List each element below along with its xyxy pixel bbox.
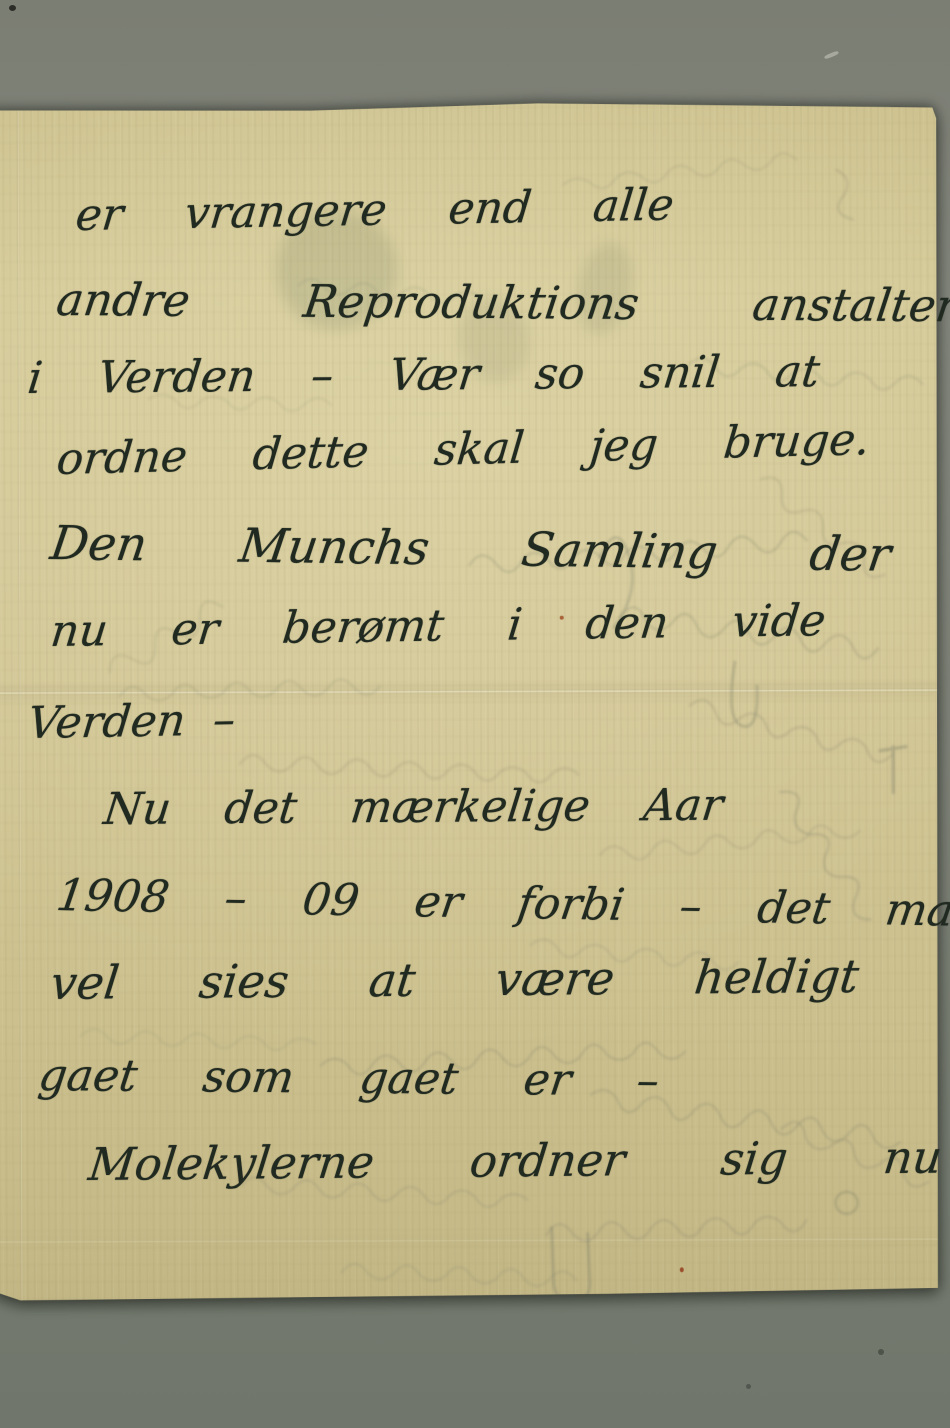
handwritten-line-7: Verden – <box>25 694 238 749</box>
fold-crease-vertical-left <box>17 104 23 1300</box>
fold-crease-horizontal <box>0 689 938 695</box>
paper-speck <box>878 1349 884 1355</box>
handwritten-line-8: Nu det mærkelige Aar <box>101 780 726 835</box>
rust-speck <box>680 1267 684 1272</box>
paper-speck <box>824 50 839 59</box>
handwritten-line-3: i Verden – Vær so snil at <box>25 346 822 404</box>
handwritten-line-1: er vrangere end alle <box>73 180 676 242</box>
handwritten-line-5: Den Munchs Samling der <box>47 516 894 583</box>
paper-speck <box>9 5 16 11</box>
handwritten-line-12: Molekylerne ordner sig nu <box>86 1131 945 1191</box>
handwritten-line-11: gaet som gaet er – <box>36 1050 663 1106</box>
fold-crease-horizontal-faint <box>0 1238 940 1244</box>
paper-speck <box>746 1384 751 1389</box>
scanned-letter-photo: er vrangere end alle andre Reproduktions… <box>0 0 950 1428</box>
handwritten-line-10: vel sies at være heldigt <box>48 949 862 1010</box>
handwritten-line-2: andre Reproduktions anstalter <box>54 273 950 332</box>
handwritten-line-6: nu er berømt i den vide <box>48 595 828 657</box>
